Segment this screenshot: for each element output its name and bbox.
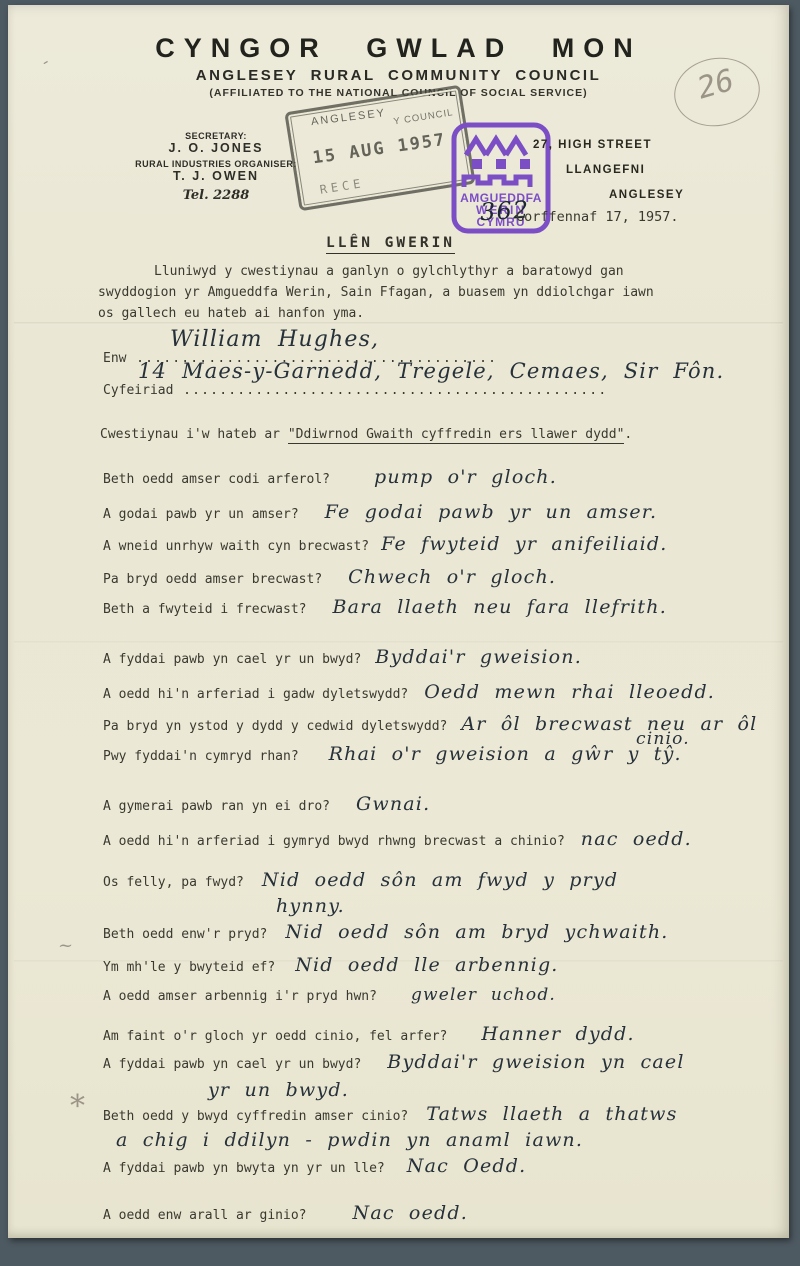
answer-handwritten: Byddai'r gweision.	[375, 646, 582, 668]
questions-heading-period: .	[624, 427, 632, 442]
intro-line: os gallech eu hateb ai hanfon yma.	[98, 303, 746, 324]
document-page: CYNGOR GWLAD MON ANGLESEY RURAL COMMUNIT…	[8, 5, 789, 1238]
address-dotted-line: ........................................…	[183, 383, 607, 398]
qa-row: Beth oedd y bwyd cyffredin amser cinio?T…	[103, 1103, 678, 1125]
question: A fyddai pawb yn cael yr un bwyd?	[103, 652, 361, 667]
question: Am faint o'r gloch yr oedd cinio, fel ar…	[103, 1029, 447, 1044]
qa-row: A fyddai pawb yn cael yr un bwyd?Byddai'…	[103, 1051, 685, 1073]
qa-row: Beth a fwyteid i frecwast?Bara llaeth ne…	[103, 596, 667, 618]
received-date-stamp: ANGLESEY Y COUNCIL 15 AUG 1957 RECE	[284, 85, 475, 212]
intro-paragraph: Lluniwyd y cwestiynau a ganlyn o gylchly…	[98, 261, 746, 324]
questions-heading: Cwestiynau i'w hateb ar "Ddiwrnod Gwaith…	[100, 423, 632, 442]
address-label: Cyfeiriad	[103, 383, 173, 398]
pencil-page-number: 26	[694, 63, 738, 107]
answer-handwritten: Oedd mewn rhai lleoedd.	[424, 681, 715, 703]
answer-handwritten: Rhai o'r gweision a gŵr y tŷ.	[329, 743, 682, 765]
question: Beth oedd amser codi arferol?	[103, 472, 330, 487]
question: A oedd hi'n arferiad i gymryd bwyd rhwng…	[103, 834, 565, 849]
answer-handwritten: nac oedd.	[581, 828, 692, 850]
intro-line: Lluniwyd y cwestiynau a ganlyn o gylchly…	[98, 261, 746, 282]
scan-background: CYNGOR GWLAD MON ANGLESEY RURAL COMMUNIT…	[0, 0, 800, 1266]
answer-handwritten: Chwech o'r gloch.	[348, 566, 556, 588]
answer-handwritten: Gwnai.	[356, 793, 430, 815]
qa-row: A wneid unrhyw waith cyn brecwast?Fe fwy…	[103, 533, 668, 555]
qa-row: A oedd amser arbennig i'r pryd hwn?gwele…	[103, 985, 556, 1005]
qa-row: A oedd hi'n arferiad i gadw dyletswydd?O…	[103, 681, 715, 703]
question: A oedd enw arall ar ginio?	[103, 1208, 307, 1223]
question: Os felly, pa fwyd?	[103, 875, 244, 890]
answer-handwritten: Nid oedd sôn am fwyd y pryd	[262, 869, 618, 891]
stamp-org-line: ANGLESEY	[310, 107, 386, 128]
answer-handwritten: Bara llaeth neu fara llefrith.	[333, 596, 667, 618]
qa-row: A oedd enw arall ar ginio?Nac oedd.	[103, 1202, 468, 1224]
answer-handwritten: Nac Oedd.	[407, 1155, 527, 1177]
qa-row: A oedd hi'n arferiad i gymryd bwyd rhwng…	[103, 828, 692, 850]
fold-crease	[14, 641, 783, 644]
question: A oedd amser arbennig i'r pryd hwn?	[103, 989, 377, 1004]
question: Pwy fyddai'n cymryd rhan?	[103, 749, 299, 764]
questions-heading-topic: "Ddiwrnod Gwaith cyffredin ers llawer dy…	[288, 427, 625, 444]
pencil-asterisk: *	[70, 1089, 85, 1124]
address-line-street: 27, HIGH STREET	[533, 139, 652, 151]
answer-handwritten: Fe godai pawb yr un amser.	[325, 501, 658, 523]
question: Beth oedd y bwyd cyffredin amser cinio?	[103, 1109, 408, 1124]
org-title-welsh: CYNGOR GWLAD MON	[8, 33, 789, 64]
answer-handwritten: Nid oedd lle arbennig.	[295, 954, 558, 976]
address-handwritten: 14 Maes-y-Garnedd, Tregele, Cemaes, Sir …	[138, 359, 724, 383]
qa-row: Am faint o'r gloch yr oedd cinio, fel ar…	[103, 1023, 635, 1045]
answer-handwritten: Hanner dydd.	[481, 1023, 634, 1045]
letter-date: Gorffennaf 17, 1957.	[516, 209, 679, 225]
question: Pa bryd yn ystod y dydd y cedwid dyletsw…	[103, 719, 447, 734]
answer-handwritten: Tatws llaeth a thatws	[426, 1103, 677, 1125]
answer-handwritten: pump o'r gloch.	[374, 466, 557, 488]
question: A godai pawb yr un amser?	[103, 507, 299, 522]
question: Beth a fwyteid i frecwast?	[103, 602, 307, 617]
intro-line: swyddogion yr Amgueddfa Werin, Sain Ffag…	[98, 282, 746, 303]
answer-handwritten: Nac oedd.	[353, 1202, 468, 1224]
answer-handwritten: hynny.	[276, 895, 345, 917]
question: A gymerai pawb ran yn ei dro?	[103, 799, 330, 814]
qa-row: A gymerai pawb ran yn ei dro?Gwnai.	[103, 793, 430, 815]
stamp-date: 15 AUG 1957	[311, 130, 447, 169]
qa-row: Os felly, pa fwyd?Nid oedd sôn am fwyd y…	[103, 869, 618, 891]
qa-row: A fyddai pawb yn cael yr un bwyd?Byddai'…	[103, 646, 582, 668]
stamp-received-word: RECE	[319, 176, 366, 197]
qa-row: Beth oedd enw'r pryd?Nid oedd sôn am bry…	[103, 921, 669, 943]
pencil-squiggle-mark: ~	[58, 935, 73, 956]
letterhead: CYNGOR GWLAD MON ANGLESEY RURAL COMMUNIT…	[8, 33, 789, 99]
question: A oedd hi'n arferiad i gadw dyletswydd?	[103, 687, 408, 702]
qa-row: Pa bryd oedd amser brecwast?Chwech o'r g…	[103, 566, 556, 588]
qa-row: A godai pawb yr un amser?Fe godai pawb y…	[103, 501, 657, 523]
org-title-english: ANGLESEY RURAL COMMUNITY COUNCIL	[8, 67, 789, 84]
questions-heading-prefix: Cwestiynau i'w hateb ar	[100, 427, 288, 442]
document-title: LLÊN GWERIN	[326, 235, 455, 254]
qa-row-continuation: hynny.	[276, 895, 345, 917]
answer-handwritten: Fe fwyteid yr anifeiliaid.	[381, 533, 667, 555]
name-handwritten: William Hughes,	[170, 327, 379, 352]
answer-handwritten: a chig i ddilyn - pwdin yn anaml iawn.	[116, 1129, 583, 1151]
question: Pa bryd oedd amser brecwast?	[103, 572, 322, 587]
question: Beth oedd enw'r pryd?	[103, 927, 267, 942]
qa-row-continuation: a chig i ddilyn - pwdin yn anaml iawn.	[116, 1129, 583, 1151]
qa-row: Beth oedd amser codi arferol?pump o'r gl…	[103, 466, 557, 488]
address-line-town: LLANGEFNI	[566, 164, 645, 176]
question: A wneid unrhyw waith cyn brecwast?	[103, 539, 369, 554]
answer-handwritten: Byddai'r gweision yn cael	[387, 1051, 684, 1073]
answer-handwritten: Ar ôl brecwast neu ar ôl	[461, 713, 757, 735]
qa-row: A fyddai pawb yn bwyta yn yr un lle?Nac …	[103, 1155, 526, 1177]
stamp-org-line2: Y COUNCIL	[393, 107, 455, 127]
question: Ym mh'le y bwyteid ef?	[103, 960, 275, 975]
address-line-county: ANGLESEY	[609, 189, 684, 201]
question: A fyddai pawb yn cael yr un bwyd?	[103, 1057, 361, 1072]
answer-handwritten: yr un bwyd.	[208, 1079, 349, 1101]
name-label: Enw	[103, 351, 126, 366]
qa-row-continuation: yr un bwyd.	[208, 1079, 349, 1101]
answer-handwritten: Nid oedd sôn am bryd ychwaith.	[285, 921, 668, 943]
telephone: Tel. 2288	[104, 188, 328, 203]
qa-row: Ym mh'le y bwyteid ef?Nid oedd lle arben…	[103, 954, 559, 976]
answer-handwritten: gweler uchod.	[411, 985, 556, 1005]
qa-row: Pwy fyddai'n cymryd rhan?Rhai o'r gweisi…	[103, 743, 682, 765]
question: A fyddai pawb yn bwyta yn yr un lle?	[103, 1161, 385, 1176]
